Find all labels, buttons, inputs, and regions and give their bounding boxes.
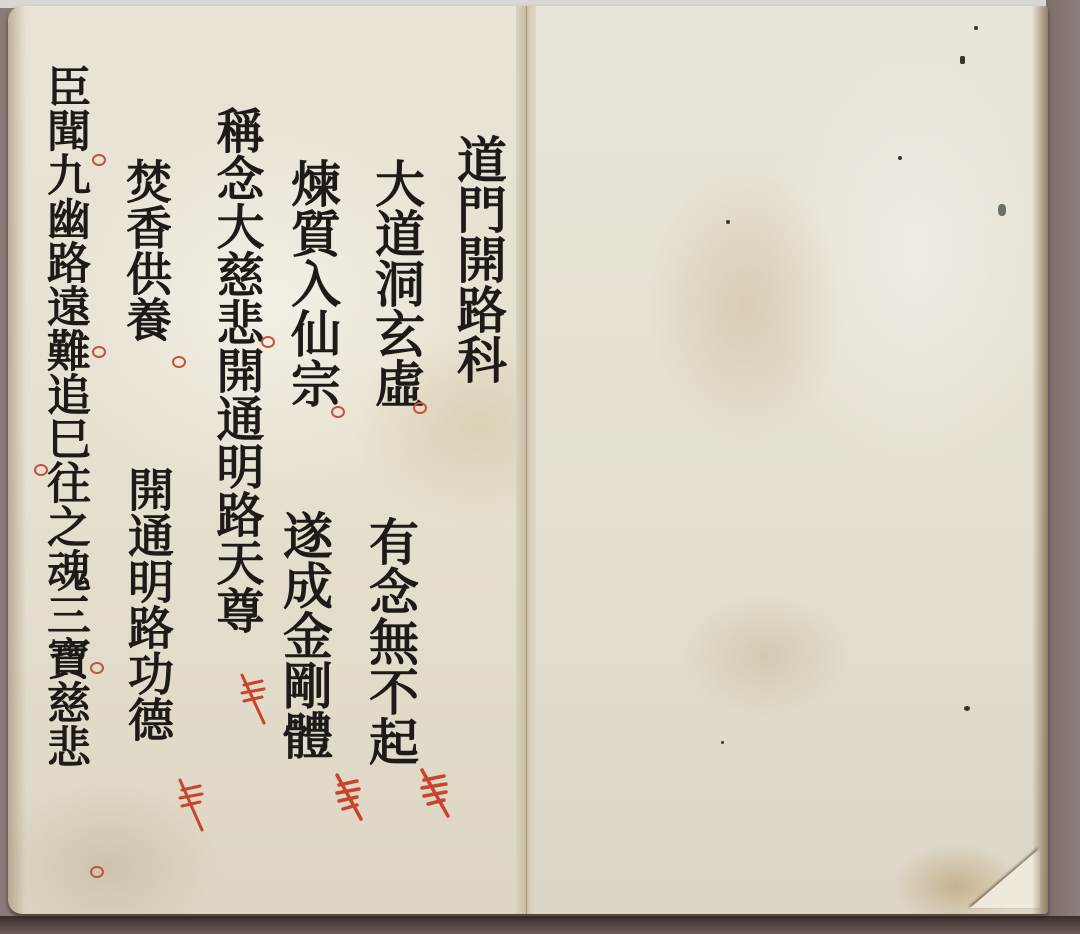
- verse-text: 有念無不起: [361, 516, 420, 766]
- invocation-column: 稱念大慈悲開通明路天尊: [204, 106, 264, 634]
- punctuation-circle: [34, 464, 48, 476]
- punctuation-circle: [331, 406, 345, 418]
- ink-speck: [721, 741, 724, 744]
- punctuation-circle: [90, 866, 104, 878]
- right-page-blank: [536, 6, 1048, 914]
- ritual-mark-icon: [236, 671, 270, 727]
- memorial-column: 臣聞九幽路遠難追巳往之魂三寶慈悲: [30, 64, 90, 768]
- ritual-mark-icon: [418, 766, 452, 822]
- merit-text: 開通明路功德: [121, 466, 175, 742]
- verse-column-3-bottom: 遂成金剛體: [274, 510, 334, 760]
- ink-speck: [726, 220, 730, 224]
- punctuation-circle: [92, 154, 106, 166]
- punctuation-circle: [261, 336, 275, 348]
- invocation-text: 稱念大慈悲開通明路天尊: [208, 106, 264, 634]
- verse-text: 煉質入仙宗: [283, 158, 342, 408]
- punctuation-circle: [92, 346, 106, 358]
- punctuation-circle: [413, 402, 427, 414]
- ritual-mark-icon: [333, 771, 367, 827]
- ritual-mark-icon: [174, 776, 208, 832]
- ink-speck: [964, 706, 970, 711]
- punctuation-circle: [172, 356, 186, 368]
- open-book: 道門開路科 大道洞玄虛 有念無不起 煉質入仙宗 遂成金剛體 稱念大慈悲開通明路天…: [8, 6, 1048, 914]
- ink-speck: [960, 56, 965, 64]
- offering-column-top: 焚香供養: [116, 158, 176, 342]
- memorial-text: 臣聞九幽路遠難追巳往之魂三寶慈悲: [39, 64, 90, 768]
- verse-text: 遂成金剛體: [275, 510, 334, 760]
- offering-column-bottom: 開通明路功德: [118, 466, 178, 742]
- stain-speck: [998, 204, 1006, 216]
- offering-text: 焚香供養: [119, 158, 173, 342]
- ink-speck: [974, 26, 978, 30]
- background-right: [1046, 0, 1080, 934]
- punctuation-circle: [90, 662, 104, 674]
- verse-column-3-top: 煉質入仙宗: [282, 158, 342, 408]
- torn-page-corner: [970, 848, 1040, 908]
- background-bottom: [0, 916, 1080, 934]
- verse-column-2-bottom: 有念無不起: [360, 516, 420, 766]
- verse-column-2-top: 大道洞玄虛: [366, 158, 426, 408]
- left-page: 道門開路科 大道洞玄虛 有念無不起 煉質入仙宗 遂成金剛體 稱念大慈悲開通明路天…: [8, 6, 523, 914]
- title-column: 道門開路科: [448, 134, 508, 384]
- book-spine: [516, 6, 538, 914]
- ink-speck: [898, 156, 902, 160]
- verse-text: 大道洞玄虛: [367, 158, 426, 408]
- scripture-title: 道門開路科: [449, 134, 508, 384]
